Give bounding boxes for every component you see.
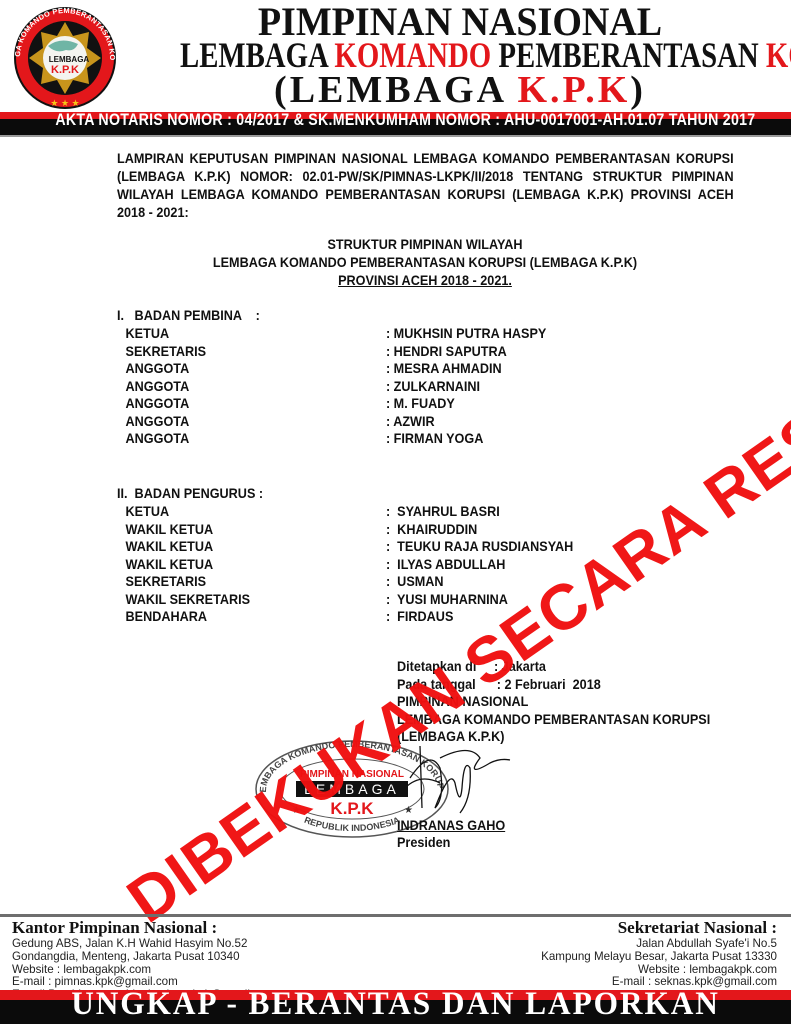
member-row: ANGGOTA: MESRA AHMADIN: [0, 360, 736, 378]
svg-text:LEMBAGA: LEMBAGA: [49, 55, 90, 64]
svg-text:K.P.K: K.P.K: [51, 64, 79, 76]
member-row: BENDAHARA: FIRDAUS: [0, 608, 736, 626]
header-org-abbrev: (LEMBAGA K.P.K): [150, 68, 770, 112]
kpk-logo: LEMBAGA K.P.K LEMBAGA KOMANDO PEMBERANTA…: [6, 6, 124, 110]
member-row: ANGGOTA: M. FUADY: [0, 395, 736, 413]
slogan-banner: UNGKAP - BERANTAS DAN LAPORKAN: [20, 986, 771, 1023]
address-line: Jalan Abdullah Syafe'i No.5: [541, 938, 777, 951]
secretariat-heading: Sekretariat Nasional :: [541, 918, 777, 938]
footer-divider: [0, 914, 791, 917]
section-title-badan-pembina: I. BADAN PEMBINA :: [117, 308, 260, 323]
signer-title: Presiden: [397, 834, 450, 852]
legal-registration-banner: AKTA NOTARIS NOMOR : 04/2017 & SK.MENKUM…: [55, 111, 735, 130]
national-office-heading: Kantor Pimpinan Nasional :: [12, 918, 275, 938]
intro-paragraph: LAMPIRAN KEPUTUSAN PIMPINAN NASIONAL LEM…: [117, 150, 734, 222]
national-secretariat-address: Sekretariat Nasional : Jalan Abdullah Sy…: [541, 918, 777, 989]
address-line: Gedung ABS, Jalan K.H Wahid Hasyim No.52: [12, 938, 275, 951]
structure-heading-line1: STRUKTUR PIMPINAN WILAYAH: [123, 236, 728, 254]
member-row: ANGGOTA: AZWIR: [0, 413, 736, 431]
header-divider: [0, 135, 791, 137]
member-row: ANGGOTA: FIRMAN YOGA: [0, 430, 736, 448]
member-row: KETUA: MUKHSIN PUTRA HASPY: [0, 325, 736, 343]
section-title-badan-pengurus: II. BADAN PENGURUS :: [117, 486, 263, 501]
member-row: ANGGOTA: ZULKARNAINI: [0, 378, 736, 396]
member-row: SEKRETARIS: HENDRI SAPUTRA: [0, 343, 736, 361]
structure-heading-line3: PROVINSI ACEH 2018 - 2021.: [123, 272, 728, 290]
signer-name: INDRANAS GAHO: [397, 817, 505, 835]
svg-text:★ ★ ★: ★ ★ ★: [50, 98, 79, 108]
address-line: Gondangdia, Menteng, Jakarta Pusat 10340: [12, 951, 275, 964]
structure-heading-line2: LEMBAGA KOMANDO PEMBERANTASAN KORUPSI (L…: [123, 254, 728, 272]
address-line: Kampung Melayu Besar, Jakarta Pusat 1333…: [541, 951, 777, 964]
